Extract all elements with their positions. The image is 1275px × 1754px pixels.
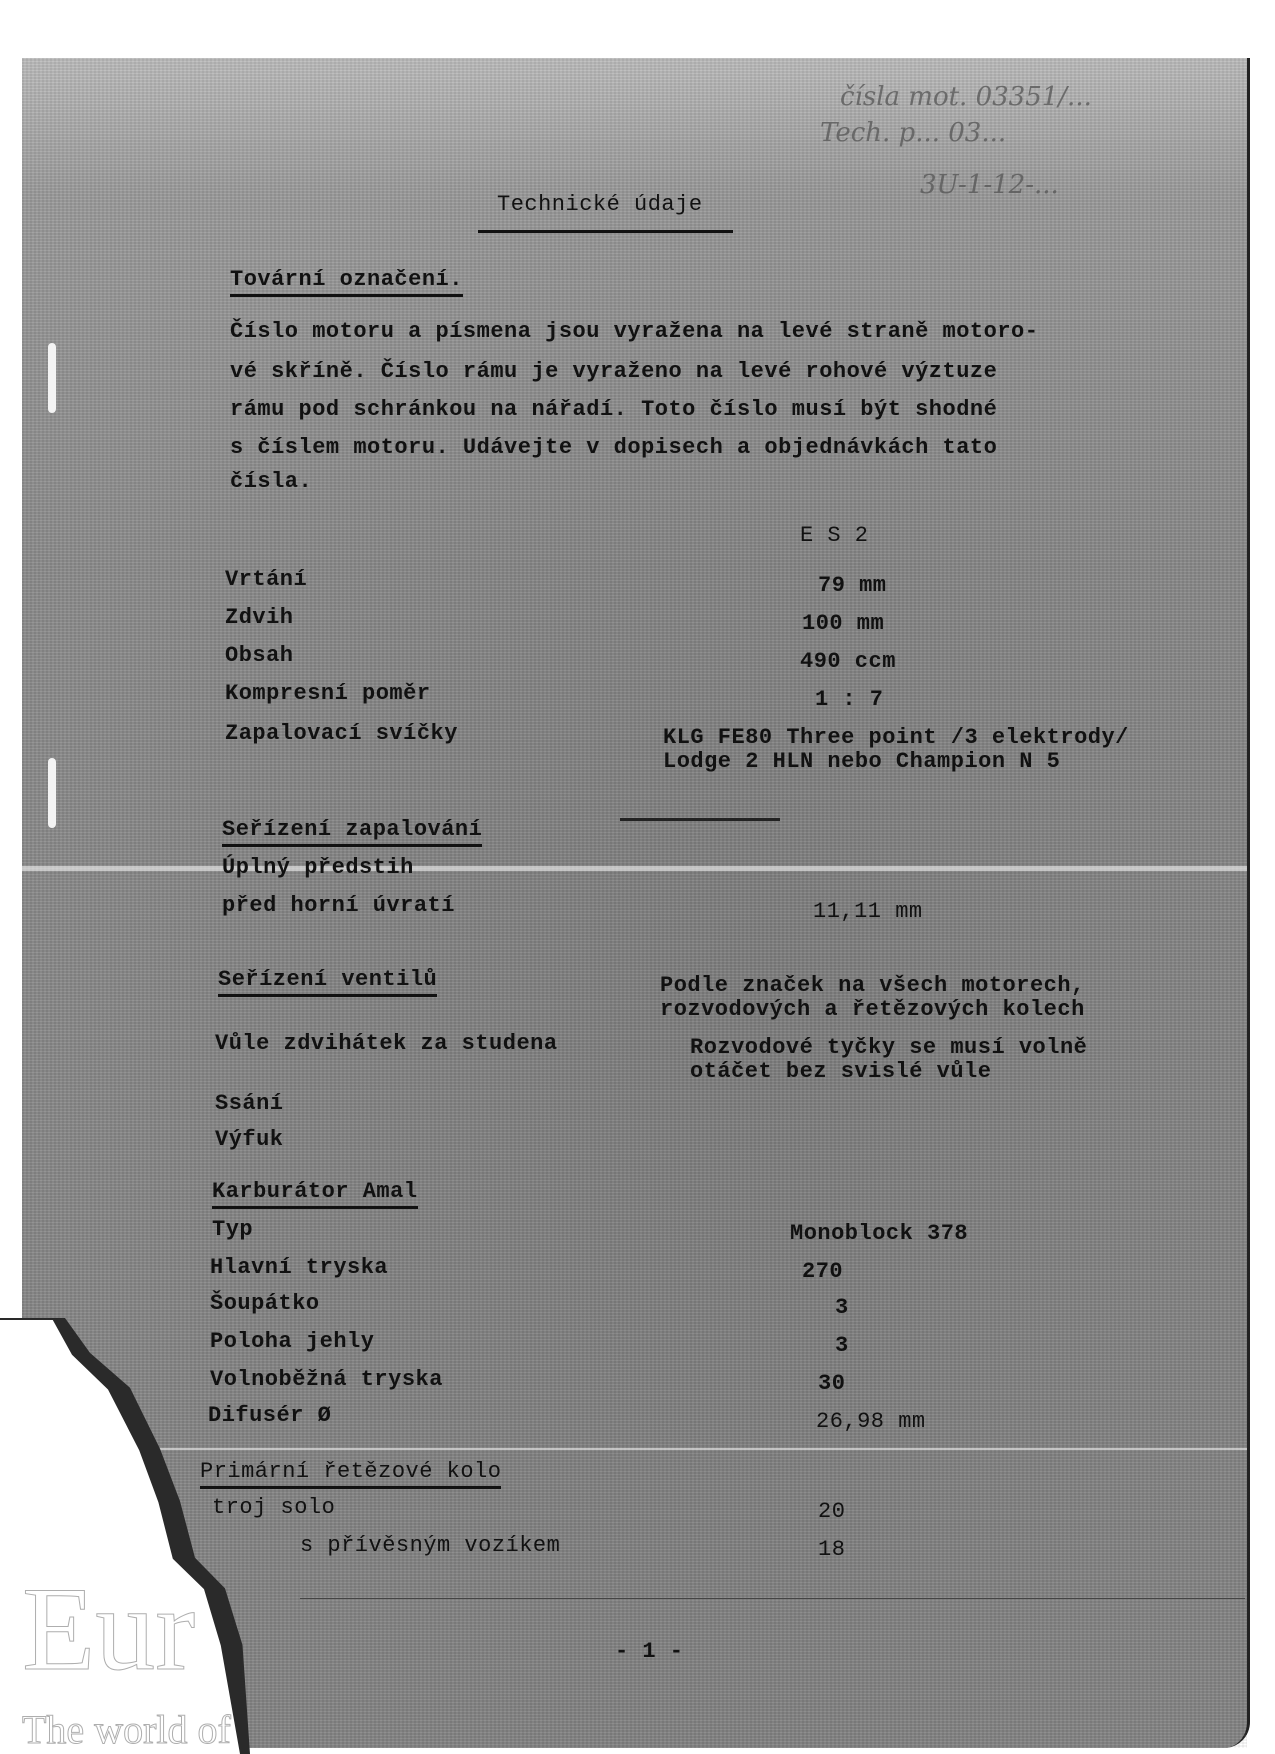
spec-value: 1 : 7 bbox=[815, 688, 884, 712]
section-heading-sprocket: Primární řetězové kolo bbox=[200, 1460, 501, 1489]
carb-value: 3 bbox=[835, 1334, 849, 1358]
ignition-value: 11,11 mm bbox=[813, 900, 923, 924]
watermark-tagline: The world of bbox=[22, 1706, 231, 1753]
paragraph-line: Číslo motoru a písmena jsou vyražena na … bbox=[230, 320, 1038, 344]
carb-value: 26,98 mm bbox=[816, 1410, 926, 1434]
carb-label: Typ bbox=[212, 1218, 253, 1242]
ignition-label: před horní úvratí bbox=[222, 894, 455, 918]
handwritten-note: čísla mot. 03351/... bbox=[840, 82, 1092, 112]
spec-label: Kompresní poměr bbox=[225, 682, 431, 706]
punch-hole bbox=[48, 758, 56, 828]
scanned-page bbox=[22, 58, 1250, 1748]
carb-value: Monoblock 378 bbox=[790, 1222, 968, 1246]
section-heading-carburetor: Karburátor Amal bbox=[212, 1180, 418, 1209]
carb-label: Šoupátko bbox=[210, 1292, 320, 1316]
handwritten-underline bbox=[620, 818, 780, 821]
valves-note: rozvodových a řetězových kolech bbox=[660, 998, 1085, 1022]
valves-note: Podle značek na všech motorech, bbox=[660, 974, 1085, 998]
spec-label: Obsah bbox=[225, 644, 294, 668]
valves-clearance-label: Vůle zdvihátek za studena bbox=[215, 1032, 558, 1056]
model-label: E S 2 bbox=[800, 524, 869, 548]
spec-value: 79 mm bbox=[818, 574, 887, 598]
carb-label: Hlavní tryska bbox=[210, 1256, 388, 1280]
spec-value: 490 ccm bbox=[800, 650, 896, 674]
valves-clearance-value: Rozvodové tyčky se musí volně bbox=[690, 1036, 1087, 1060]
fold-line bbox=[22, 866, 1247, 871]
spec-value: KLG FE80 Three point /3 elektrody/ bbox=[663, 726, 1129, 750]
paragraph-line: rámu pod schránkou na nářadí. Toto číslo… bbox=[230, 398, 997, 422]
punch-hole bbox=[48, 343, 56, 413]
section-heading-valves: Seřízení ventilů bbox=[218, 968, 437, 997]
spec-value: 100 mm bbox=[802, 612, 884, 636]
carb-value: 30 bbox=[818, 1372, 845, 1396]
handwritten-note: Tech. p... 03... bbox=[820, 118, 1006, 148]
paragraph-line: čísla. bbox=[230, 470, 312, 494]
spec-label: Vrtání bbox=[225, 568, 307, 592]
carb-label: Difusér Ø bbox=[208, 1404, 331, 1428]
page-number: - 1 - bbox=[615, 1640, 684, 1664]
ignition-label: Úplný předstih bbox=[222, 856, 414, 880]
fold-line bbox=[300, 1598, 1245, 1599]
spec-label: Zdvih bbox=[225, 606, 294, 630]
carb-label: Poloha jehly bbox=[210, 1330, 374, 1354]
sprocket-value: 18 bbox=[818, 1538, 845, 1562]
paragraph-line: vé skříně. Číslo rámu je vyraženo na lev… bbox=[230, 360, 997, 384]
carb-value: 3 bbox=[835, 1296, 849, 1320]
valves-clearance-value: otáčet bez svislé vůle bbox=[690, 1060, 991, 1084]
spec-value: Lodge 2 HLN nebo Champion N 5 bbox=[663, 750, 1060, 774]
title-underline bbox=[478, 230, 733, 233]
spec-label: Zapalovací svíčky bbox=[225, 722, 458, 746]
sprocket-value: 20 bbox=[818, 1500, 845, 1524]
handwritten-note: 3U-1-12-... bbox=[920, 170, 1059, 200]
watermark-logo: Eur bbox=[22, 1560, 195, 1698]
carb-value: 270 bbox=[802, 1260, 843, 1284]
valves-exhaust-label: Výfuk bbox=[215, 1128, 284, 1152]
fold-line bbox=[22, 1448, 1247, 1450]
sprocket-label: troj solo bbox=[212, 1496, 335, 1520]
sprocket-label: s přívěsným vozíkem bbox=[300, 1534, 560, 1558]
section-heading-ignition: Seřízení zapalování bbox=[222, 818, 482, 847]
section-heading-factory-marking: Tovární označení. bbox=[230, 268, 463, 297]
carb-label: Volnoběžná tryska bbox=[210, 1368, 443, 1392]
paragraph-line: s číslem motoru. Udávejte v dopisech a o… bbox=[230, 436, 997, 460]
valves-intake-label: Ssání bbox=[215, 1092, 284, 1116]
page-title: Technické údaje bbox=[497, 193, 703, 217]
